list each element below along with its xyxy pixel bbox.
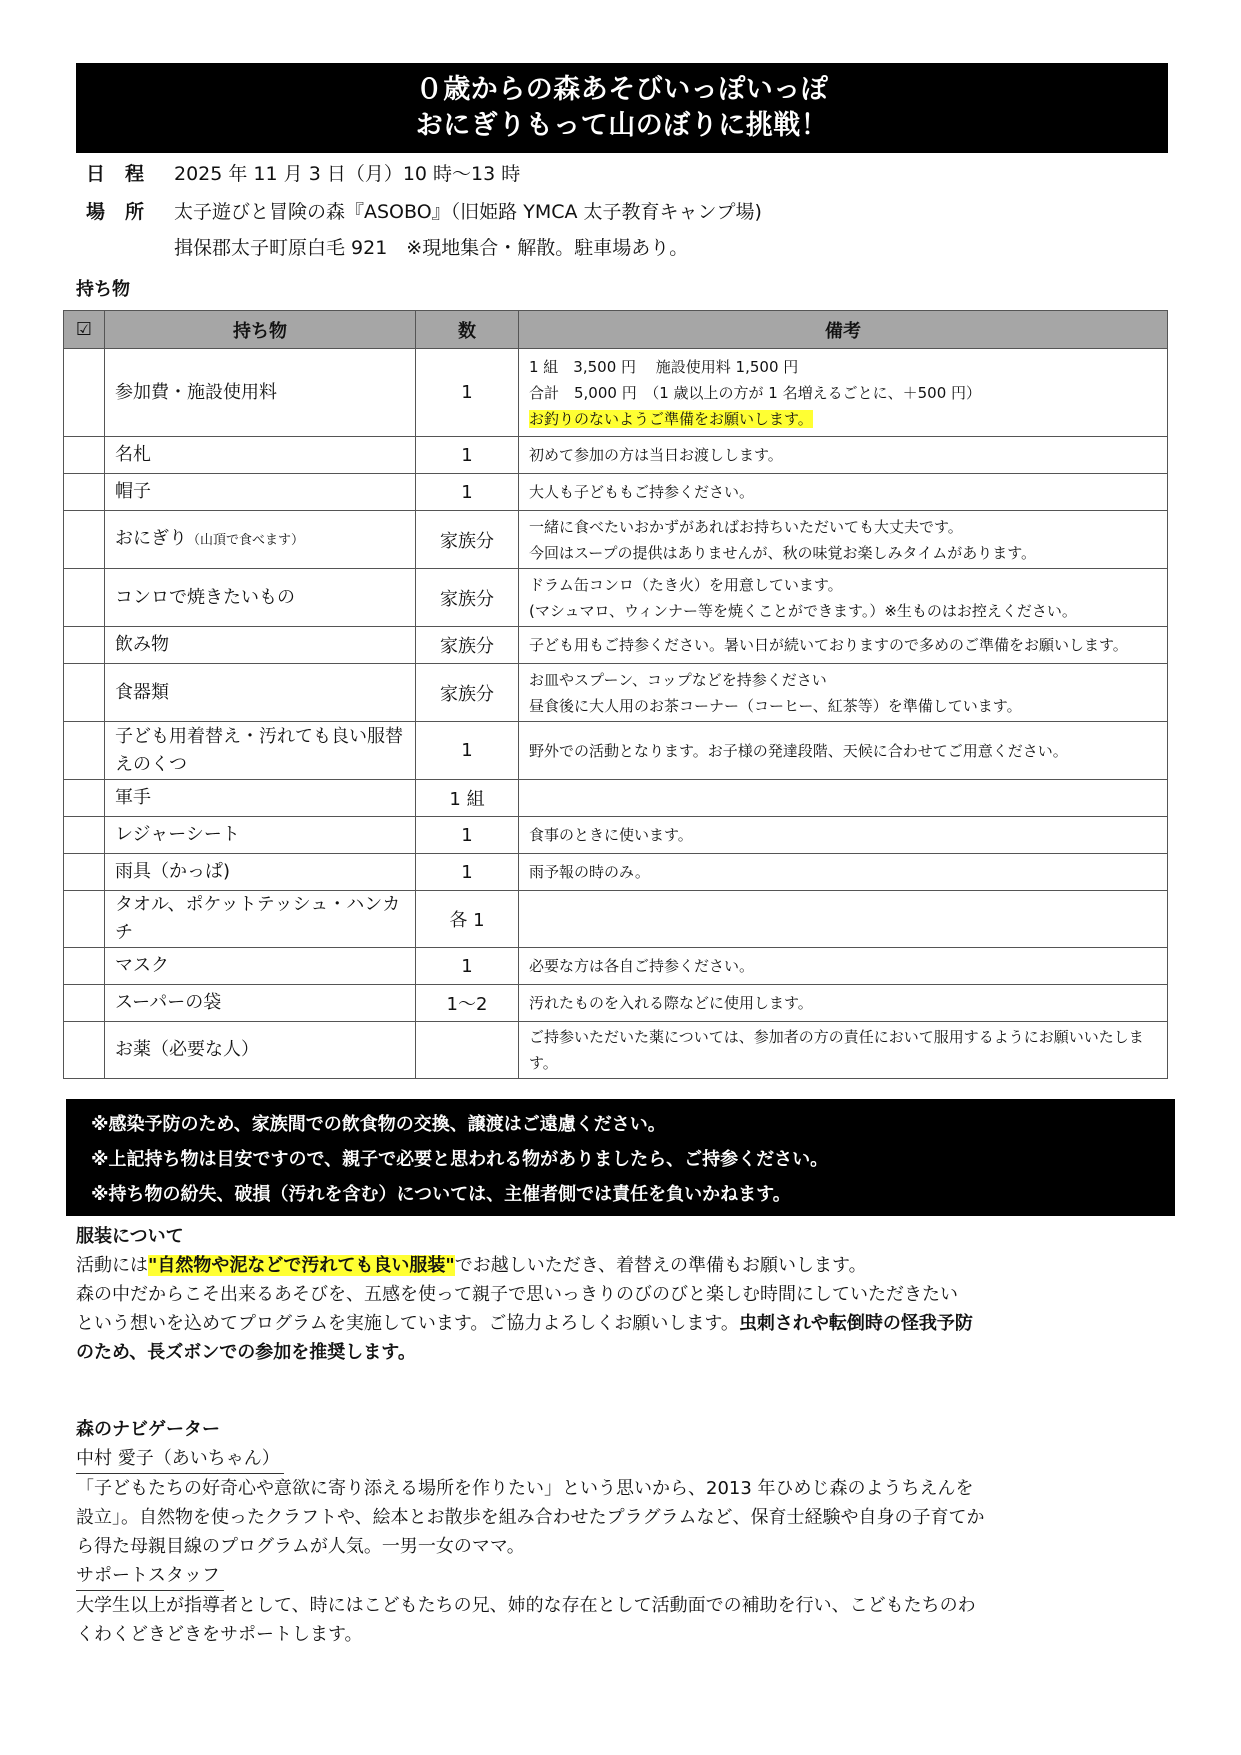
checkbox-cell[interactable] [64,817,105,854]
staff-title: サポートスタッフ [76,1561,224,1591]
belongings-table: ☑ 持ち物 数 備考 参加費・施設使用料 1 1 組 3,500 円 施設使用料… [63,310,1168,1079]
text: という想いを込めてプログラムを実施しています。ご協力よろしくお願いします。 [76,1313,739,1334]
table-row: 飲み物 家族分 子ども用もご持参ください。暑い日が続いておりますので多めのご準備… [64,627,1168,664]
table-row: 軍手 1 組 [64,780,1168,817]
note-line: 合計 5,000 円 （1 歳以上の方が 1 名増えるごとに、＋500 円） [529,380,1167,406]
item-qty: 家族分 [416,569,519,627]
staff-line2: くわくどきどきをサポートします。 [76,1620,1176,1649]
navigator-bio-line2: 設立」。自然物を使ったクラフトや、絵本とお散歩を組み合わせたプラグラムなど、保育… [76,1503,1176,1532]
checkbox-cell[interactable] [64,437,105,474]
item-notes: 1 組 3,500 円 施設使用料 1,500 円 合計 5,000 円 （1 … [519,349,1168,437]
clothing-line-1: 活動には"自然物や泥などで汚れても良い服装"でお越しいただき、着替えの準備もお願… [76,1251,1176,1280]
item-qty: 1 [416,474,519,511]
notice-box: ※感染予防のため、家族間での飲食物の交換、譲渡はご遠慮ください。 ※上記持ち物は… [66,1099,1175,1216]
note-line: 1 組 3,500 円 施設使用料 1,500 円 [529,354,1167,380]
checkbox-cell[interactable] [64,569,105,627]
item-notes [519,780,1168,817]
item-notes: ご持参いただいた薬については、参加者の方の責任において服用するようにお願いいたし… [519,1022,1168,1079]
item-name: おにぎり（山頂で食べます） [105,511,416,569]
column-header-notes: 備考 [519,311,1168,349]
checkbox-cell[interactable] [64,664,105,722]
clothing-title: 服装について [76,1222,1176,1251]
item-qty: 1 [416,817,519,854]
note-line: (マシュマロ、ウィンナー等を焼くことができます。）※生ものはお控えください。 [529,598,1167,624]
place-address: 揖保郡太子町原白毛 921 ※現地集合・解散。駐車場あり。 [174,231,688,261]
clothing-line-4: のため、長ズボンでの参加を推奨します。 [76,1338,1176,1367]
item-qty: 家族分 [416,627,519,664]
clothing-line-3: という想いを込めてプログラムを実施しています。ご協力よろしくお願いします。虫刺さ… [76,1309,1176,1338]
item-qty: 家族分 [416,664,519,722]
item-name: 名札 [105,437,416,474]
navigator-bio-line1: 「子どもたちの好奇心や意欲に寄り添える場所を作りたい」という思いから、2013 … [76,1474,1176,1503]
item-notes: 必要な方は各自ご持参ください。 [519,948,1168,985]
checkbox-cell[interactable] [64,722,105,780]
item-name: レジャーシート [105,817,416,854]
schedule-label: 日程 [86,159,174,186]
table-row: マスク 1 必要な方は各自ご持参ください。 [64,948,1168,985]
note-line: ドラム缶コンロ（たき火）を用意しています。 [529,572,1167,598]
item-qty: 1～2 [416,985,519,1022]
note-line: お皿やスプーン、コップなどを持参ください [529,667,1167,693]
column-header-check: ☑ [64,311,105,349]
text: 活動には [76,1255,148,1276]
checkbox-cell[interactable] [64,985,105,1022]
item-qty: 1 [416,437,519,474]
table-row: 参加費・施設使用料 1 1 組 3,500 円 施設使用料 1,500 円 合計… [64,349,1168,437]
bold-text: 虫刺されや転倒時の怪我予防 [739,1313,973,1334]
item-subnote: （山頂で食べます） [187,533,304,548]
table-row: レジャーシート 1 食事のときに使います。 [64,817,1168,854]
item-notes: 初めて参加の方は当日お渡しします。 [519,437,1168,474]
table-row: タオル、ポケットテッシュ・ハンカチ 各 1 [64,891,1168,948]
item-notes: 一緒に食べたいおかずがあればお持ちいただいても大丈夫です。 今回はスープの提供は… [519,511,1168,569]
checkbox-cell[interactable] [64,891,105,948]
item-qty: 家族分 [416,511,519,569]
table-header-row: ☑ 持ち物 数 備考 [64,311,1168,349]
title-line-2: おにぎりもって山のぼりに挑戦！ [416,108,829,144]
notice-line: ※感染予防のため、家族間での飲食物の交換、譲渡はご遠慮ください。 [91,1107,1175,1142]
column-header-qty: 数 [416,311,519,349]
item-name: 軍手 [105,780,416,817]
item-qty: 1 [416,722,519,780]
text: でお越しいただき、着替えの準備もお願いします。 [455,1255,867,1276]
item-qty: 1 組 [416,780,519,817]
item-name: 帽子 [105,474,416,511]
checkbox-cell[interactable] [64,511,105,569]
clothing-section: 服装について 活動には"自然物や泥などで汚れても良い服装"でお越しいただき、着替… [76,1222,1176,1367]
table-row: 帽子 1 大人も子どももご持参ください。 [64,474,1168,511]
checkbox-cell[interactable] [64,780,105,817]
place-value-line1: 太子遊びと冒険の森『ASOBO』（旧姫路 YMCA 太子教育キャンプ場) [174,197,762,224]
clothing-line-2: 森の中だからこそ出来るあそびを、五感を使って親子で思いっきりのびのびと楽しむ時間… [76,1280,1176,1309]
item-name: 参加費・施設使用料 [105,349,416,437]
item-notes: 食事のときに使います。 [519,817,1168,854]
staff-line1: 大学生以上が指導者として、時にはこどもたちの兄、姉的な存在として活動面での補助を… [76,1591,1176,1620]
item-name: スーパーの袋 [105,985,416,1022]
notice-line: ※持ち物の紛失、破損（汚れを含む）については、主催者側では責任を負いかねます。 [91,1177,1175,1212]
title-banner: ０歳からの森あそびいっぽいっぽ おにぎりもって山のぼりに挑戦！ [76,63,1168,153]
note-line: 一緒に食べたいおかずがあればお持ちいただいても大丈夫です。 [529,514,1167,540]
navigator-name: 中村 愛子（あいちゃん） [76,1444,284,1474]
table-row: お薬（必要な人） ご持参いただいた薬については、参加者の方の責任において服用する… [64,1022,1168,1079]
schedule-value: 2025 年 11 月 3 日（月）10 時～13 時 [174,159,520,186]
item-name: コンロで焼きたいもの [105,569,416,627]
item-notes [519,891,1168,948]
item-notes: 汚れたものを入れる際などに使用します。 [519,985,1168,1022]
item-notes: 子ども用もご持参ください。暑い日が続いておりますので多めのご準備をお願いします。 [519,627,1168,664]
notice-line: ※上記持ち物は目安ですので、親子で必要と思われる物がありましたら、ご持参ください… [91,1142,1175,1177]
navigator-title: 森のナビゲーター [76,1415,1176,1444]
item-name: 食器類 [105,664,416,722]
place-label: 場所 [86,197,174,224]
table-row: 子ども用着替え・汚れても良い服替えのくつ 1 野外での活動となります。お子様の発… [64,722,1168,780]
schedule-row: 日程 2025 年 11 月 3 日（月）10 時～13 時 [86,157,520,187]
item-name: 飲み物 [105,627,416,664]
title-line-1: ０歳からの森あそびいっぽいっぽ [416,72,829,108]
table-row: 食器類 家族分 お皿やスプーン、コップなどを持参ください 昼食後に大人用のお茶コ… [64,664,1168,722]
navigator-bio-line3: ら得た母親目線のプログラムが人気。一男一女のママ。 [76,1532,1176,1561]
note-line: 今回はスープの提供はありませんが、秋の味覚お楽しみタイムがあります。 [529,540,1167,566]
checkbox-cell[interactable] [64,627,105,664]
checkbox-cell[interactable] [64,474,105,511]
table-row: スーパーの袋 1～2 汚れたものを入れる際などに使用します。 [64,985,1168,1022]
checkbox-cell[interactable] [64,854,105,891]
note-line: 昼食後に大人用のお茶コーナー（コーヒー、紅茶等）を準備しています。 [529,693,1167,719]
item-name-text: おにぎり [115,528,187,549]
item-qty: 各 1 [416,891,519,948]
belongings-title: 持ち物 [76,275,130,301]
highlighted-note: お釣りのないようご準備をお願いします。 [529,410,813,428]
item-name: 雨具（かっぱ) [105,854,416,891]
item-notes: お皿やスプーン、コップなどを持参ください 昼食後に大人用のお茶コーナー（コーヒー… [519,664,1168,722]
table-row: 名札 1 初めて参加の方は当日お渡しします。 [64,437,1168,474]
item-notes: 野外での活動となります。お子様の発達段階、天候に合わせてご用意ください。 [519,722,1168,780]
item-name: マスク [105,948,416,985]
item-name: お薬（必要な人） [105,1022,416,1079]
item-qty: 1 [416,854,519,891]
table-row: コンロで焼きたいもの 家族分 ドラム缶コンロ（たき火）を用意しています。 (マシ… [64,569,1168,627]
item-notes: ドラム缶コンロ（たき火）を用意しています。 (マシュマロ、ウィンナー等を焼くこと… [519,569,1168,627]
item-qty [416,1022,519,1079]
item-name: 子ども用着替え・汚れても良い服替えのくつ [105,722,416,780]
item-qty: 1 [416,349,519,437]
place-row: 場所 太子遊びと冒険の森『ASOBO』（旧姫路 YMCA 太子教育キャンプ場) [86,195,762,225]
clothing-highlight: "自然物や泥などで汚れても良い服装" [148,1255,455,1276]
checkbox-cell[interactable] [64,1022,105,1079]
item-name: タオル、ポケットテッシュ・ハンカチ [105,891,416,948]
item-notes: 雨予報の時のみ。 [519,854,1168,891]
table-row: おにぎり（山頂で食べます） 家族分 一緒に食べたいおかずがあればお持ちいただいて… [64,511,1168,569]
checkbox-cell[interactable] [64,948,105,985]
table-row: 雨具（かっぱ) 1 雨予報の時のみ。 [64,854,1168,891]
item-qty: 1 [416,948,519,985]
navigator-section: 森のナビゲーター 中村 愛子（あいちゃん） 「子どもたちの好奇心や意欲に寄り添え… [76,1415,1176,1649]
item-notes: 大人も子どももご持参ください。 [519,474,1168,511]
column-header-item: 持ち物 [105,311,416,349]
checkbox-cell[interactable] [64,349,105,437]
